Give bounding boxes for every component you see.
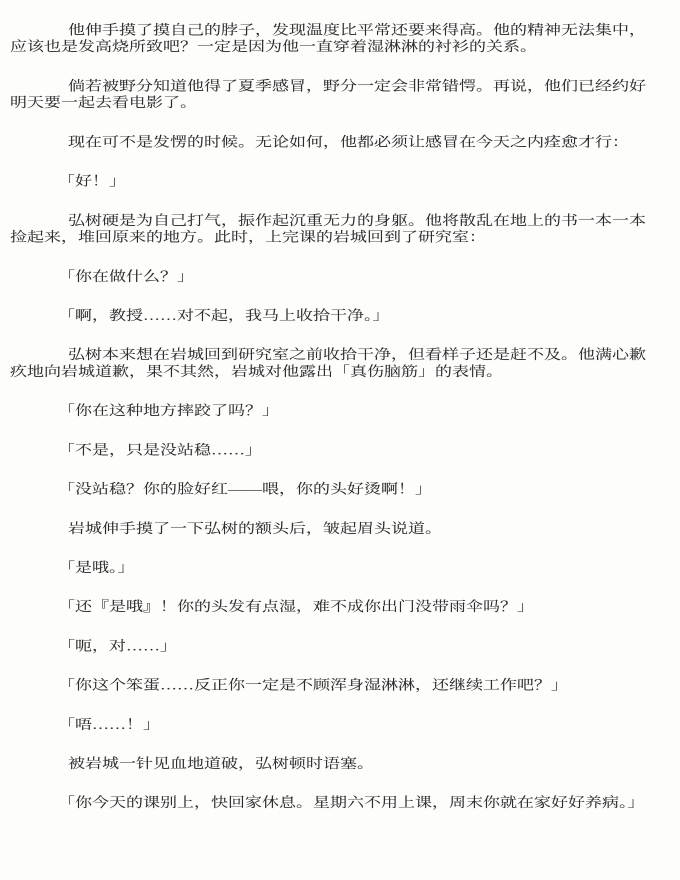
dialogue-paragraph: 「你今天的课别上，快回家休息。星期六不用上课，周末你就在家好好养病。」 <box>10 794 648 811</box>
dialogue-paragraph: 「没站稳？你的脸好红——喂，你的头好烫啊！」 <box>10 481 648 498</box>
narration-paragraph: 被岩城一针见血地道破，弘树顿时语塞。 <box>10 755 648 772</box>
narration-paragraph: 倘若被野分知道他得了夏季感冒，野分一定会非常错愕。再说，他们已经约好明天要一起去… <box>10 78 648 112</box>
narration-paragraph: 弘树硬是为自己打气，振作起沉重无力的身躯。他将散乱在地上的书一本一本捡起来，堆回… <box>10 212 648 246</box>
narration-paragraph: 岩城伸手摸了一下弘树的额头后，皱起眉头说道。 <box>10 520 648 537</box>
dialogue-paragraph: 「你这个笨蛋……反正你一定是不顾浑身湿淋淋，还继续工作吧？」 <box>10 677 648 694</box>
narration-paragraph: 弘树本来想在岩城回到研究室之前收拾干净，但看样子还是赶不及。他满心歉疚地向岩城道… <box>10 346 648 380</box>
dialogue-paragraph: 「你在这种地方摔跤了吗？」 <box>10 402 648 419</box>
book-page: 他伸手摸了摸自己的脖子，发现温度比平常还要来得高。他的精神无法集中，应该也是发高… <box>0 0 680 811</box>
dialogue-paragraph: 「你在做什么？」 <box>10 268 648 285</box>
dialogue-paragraph: 「啊，教授……对不起，我马上收拾干净。」 <box>10 307 648 324</box>
dialogue-paragraph: 「不是，只是没站稳……」 <box>10 442 648 459</box>
dialogue-paragraph: 「还『是哦』！你的头发有点湿，难不成你出门没带雨伞吗？」 <box>10 598 648 615</box>
dialogue-paragraph: 「好！」 <box>10 173 648 190</box>
dialogue-paragraph: 「是哦。」 <box>10 559 648 576</box>
dialogue-paragraph: 「唔……！」 <box>10 716 648 733</box>
dialogue-paragraph: 「呃，对……」 <box>10 638 648 655</box>
narration-paragraph: 他伸手摸了摸自己的脖子，发现温度比平常还要来得高。他的精神无法集中，应该也是发高… <box>10 22 648 56</box>
narration-paragraph: 现在可不是发愣的时候。无论如何，他都必须让感冒在今天之内痊愈才行： <box>10 134 648 151</box>
